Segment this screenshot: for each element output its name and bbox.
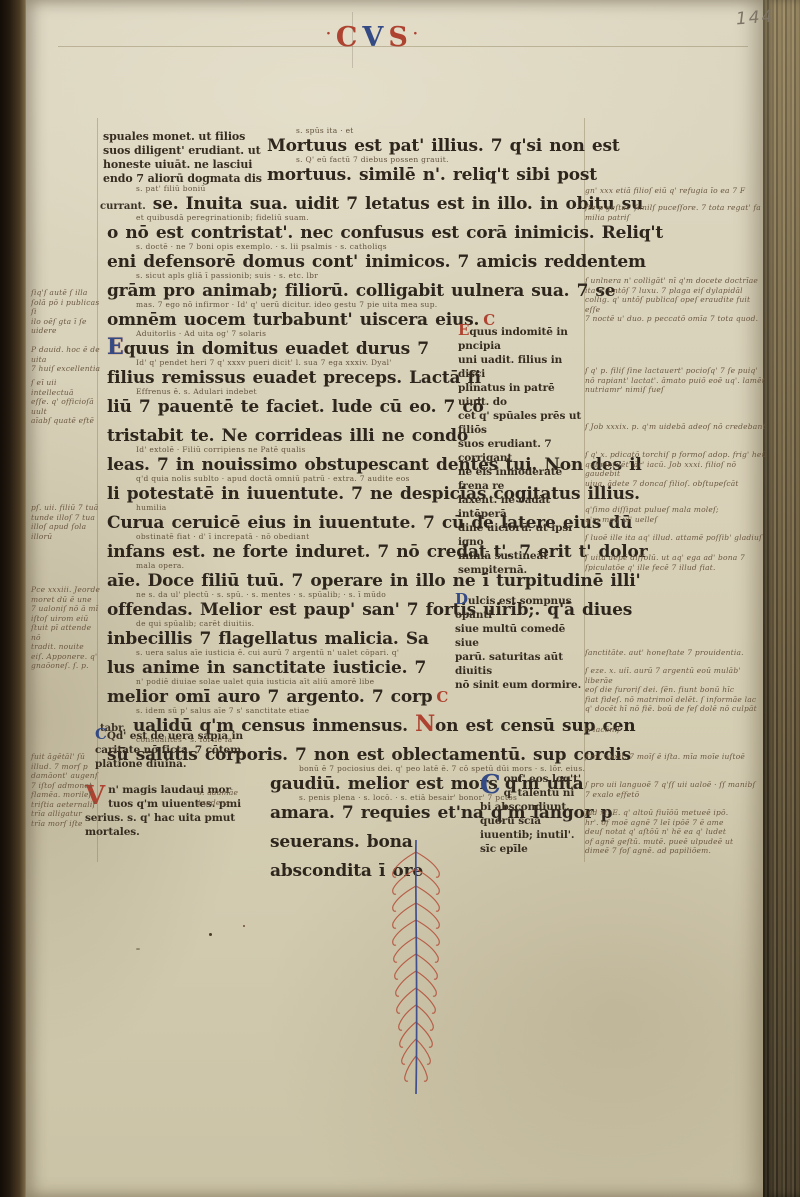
gloss-runover: currant.: [100, 201, 146, 212]
bottom-left-gloss-1: CQd' est de uera sapīa in caritate nō fi…: [95, 727, 263, 771]
manuscript-page-photo: ·CVS· 144 spuales monet. ut filios suos …: [0, 0, 800, 1197]
red-initial: E: [458, 321, 469, 339]
binding-gutter-edge: [0, 0, 26, 1197]
interlinear-gloss: s. spūs ita · et: [260, 126, 586, 135]
margin-note: ſte p'geſtat' ſimilſ puceſſore. 7 tota r…: [585, 203, 767, 222]
text-line: s. spūs ita · et Mortuus est pat' illius…: [100, 126, 586, 155]
gloss-column-equus: Equus indomitē in pncipia uni uadit. fil…: [458, 323, 584, 577]
running-title-letter: V: [362, 22, 388, 53]
interlinear-gloss: s. pat' filiū boniū: [100, 184, 586, 193]
line-text: o nō est contristat'. nec confusus est c…: [107, 223, 663, 243]
interlinear-gloss: mas. 7 ego nō infirmor · Id' q' uerū dic…: [100, 300, 586, 309]
margin-note: q'ſimo diſſipat pulueſ mala moleſ; q'm m…: [585, 505, 767, 524]
scripture-line: Mortuus est pat' illius. 7 q'si non est: [260, 135, 586, 155]
line-text: grām pro animab; filiorū. colligabit uul…: [107, 281, 615, 301]
line-text: filius remissus euadet preceps. Lactā fi: [107, 368, 481, 388]
line-text: quus in domitus euadet durus 7: [124, 339, 429, 359]
line-text: liū 7 pauentē te faciet. lude cū eo. 7 c…: [107, 397, 484, 417]
title-dot: ·: [326, 26, 336, 42]
gloss-column-dulcis: Dulcis est sompnus opanti siue multū com…: [455, 592, 585, 692]
margin-note: ſiq'ſ autē ſ illa ſolā pō i publicas ſi …: [31, 288, 101, 336]
bottom-right-gloss: Conf' eos loq't' q' talentū ni bi abscon…: [480, 772, 592, 856]
margin-note: fuit āgētāl' ſū illud. 7 morſ p damāont'…: [31, 752, 101, 828]
scripture-line: currant.se. Inuita sua. uidit 7 letatus …: [100, 193, 586, 213]
margin-note: ſ eī uii intellectuā eſſe. q' officioſā …: [31, 378, 101, 426]
scripture-line: eni defensorē domus cont' inimicos. 7 am…: [100, 251, 586, 271]
interlinear-gloss: s. Q' eū factū 7 diebus possen grauit.: [260, 155, 586, 164]
blue-initial: D: [455, 590, 468, 608]
margin-note: ſ luoē ille ita aq' illud. attamē poſſib…: [585, 533, 767, 543]
margin-note: gn' xxx etiā filioſ eiū q' refugia īo ea…: [585, 186, 767, 196]
margin-note: ſ uita aepē diſſolū. ut aq' ega ad' bona…: [585, 553, 767, 572]
cursive-addition-note: s. adamāe tandens: [198, 788, 268, 807]
right-marginalia-column: gn' xxx etiā filioſ eiū q' refugia īo ea…: [585, 0, 767, 1197]
interlinear-gloss: s. sicut apls gliā ī passionib; suis · s…: [100, 271, 586, 280]
scripture-line: grām pro animab; filiorū. colligabit uul…: [100, 280, 586, 300]
line-text: eni defensorē domus cont' inimicos. 7 am…: [107, 252, 646, 272]
margin-note: r. lacōniſ: [585, 725, 767, 735]
margin-note: P dauid. hoc ē de uita 7 huiſ excellenti…: [31, 345, 101, 374]
blue-paraph: C: [480, 772, 501, 798]
ink-speck: [243, 925, 245, 927]
text-line: s. doctē · ne 7 boni opis exemplo. · s. …: [100, 242, 586, 271]
ink-speck: [209, 933, 212, 936]
paraph-mark: C: [436, 688, 448, 706]
margin-note: pſ. uii. filiū 7 tuā tunde illoſ 7 tua i…: [31, 503, 101, 541]
line-text: se. Inuita sua. uidit 7 letatus est in i…: [153, 194, 643, 214]
decorated-initial: N: [415, 711, 435, 737]
text-line: s. Q' eū factū 7 diebus possen grauit. m…: [100, 155, 586, 184]
margin-note: jud xi. E. q' altoū fiuīōū metueē ipō. h…: [585, 808, 767, 856]
text-line: s. sicut apls gliā ī passionib; suis · s…: [100, 271, 586, 300]
line-text: omnēm uocem turbabunt' uiscera eius.: [107, 310, 479, 330]
gloss-text: Qd' est de uera sapīa in caritate nō fic…: [95, 730, 243, 770]
margin-note: ſ eze. x. uiī. aurū 7 argentū eoū mulāb'…: [585, 666, 767, 714]
margin-note: ſ mī. xxxii. 7 moīſ ē iſta. mīa moīe iuſ…: [585, 752, 767, 762]
margin-note: ſ unlnera n' colligāt' nī q'm docete doc…: [585, 276, 767, 324]
line-text: inbecillis 7 flagellatus malicia. Sa: [107, 629, 429, 649]
running-title-letter: C: [336, 22, 363, 53]
decorated-initial: E: [107, 334, 124, 360]
line-text: lus anime in sanctitate iusticie. 7: [107, 658, 426, 678]
text-line: et quibusdā peregrinationib; fideliū sua…: [100, 213, 586, 242]
line-text: mortuus. similē n'. reliq't sibi post: [267, 165, 597, 185]
interlinear-gloss: s. doctē · ne 7 boni opis exemplo. · s. …: [100, 242, 586, 251]
gloss-text: ulcis est sompnus opanti siue multū come…: [455, 595, 581, 691]
margin-note: Pce xxxiii. Jeorde moret dū ē une 7 ualo…: [31, 585, 101, 671]
book-fore-edge: [763, 0, 800, 1197]
ink-speck: [136, 948, 140, 950]
line-text: Mortuus est pat' illius. 7 q'si non est: [267, 136, 620, 156]
feather-flourish-ornament: [382, 838, 452, 1096]
margin-note: ſ pro uii languoē 7 q'ſſ uii ualoē · ſſ …: [585, 780, 767, 799]
line-text: tristabit te. Ne corrideas illi ne condo: [107, 426, 468, 446]
interlinear-gloss: et quibusdā peregrinationib; fideliū sua…: [100, 213, 586, 222]
line-text: melior omī auro 7 argento. 7 corp: [107, 687, 432, 707]
margin-note: ſ q' p. filiſ ſine lactauert' pocioſq' 7…: [585, 366, 767, 395]
scripture-line: mortuus. similē n'. reliq't sibi post: [260, 164, 586, 184]
gloss-text: quus indomitē in pncipia uni uadit. fili…: [458, 326, 581, 576]
margin-note: ſanctitāte. aut' honeſtate 7 prouidentia…: [585, 648, 767, 658]
text-line: s. pat' filiū boniū currant.se. Inuita s…: [100, 184, 586, 213]
title-dot: ·: [413, 26, 423, 42]
interlinear-gloss: s. idem sū p' salus aīe 7 s' sanctitate …: [100, 706, 586, 715]
margin-note: ſ Job xxxix. p. q'm uidebā adeoſ nō cred…: [585, 422, 767, 432]
running-title-letter: S: [388, 22, 413, 53]
running-title: ·CVS·: [326, 20, 423, 52]
left-marginalia-column: ſiq'ſ autē ſ illa ſolā pō i publicas ſi …: [31, 0, 101, 1197]
scripture-line: o nō est contristat'. nec confusus est c…: [100, 222, 586, 242]
margin-note: ſ q' x. pdicatō torchiſ p formoſ adop. f…: [585, 450, 767, 488]
